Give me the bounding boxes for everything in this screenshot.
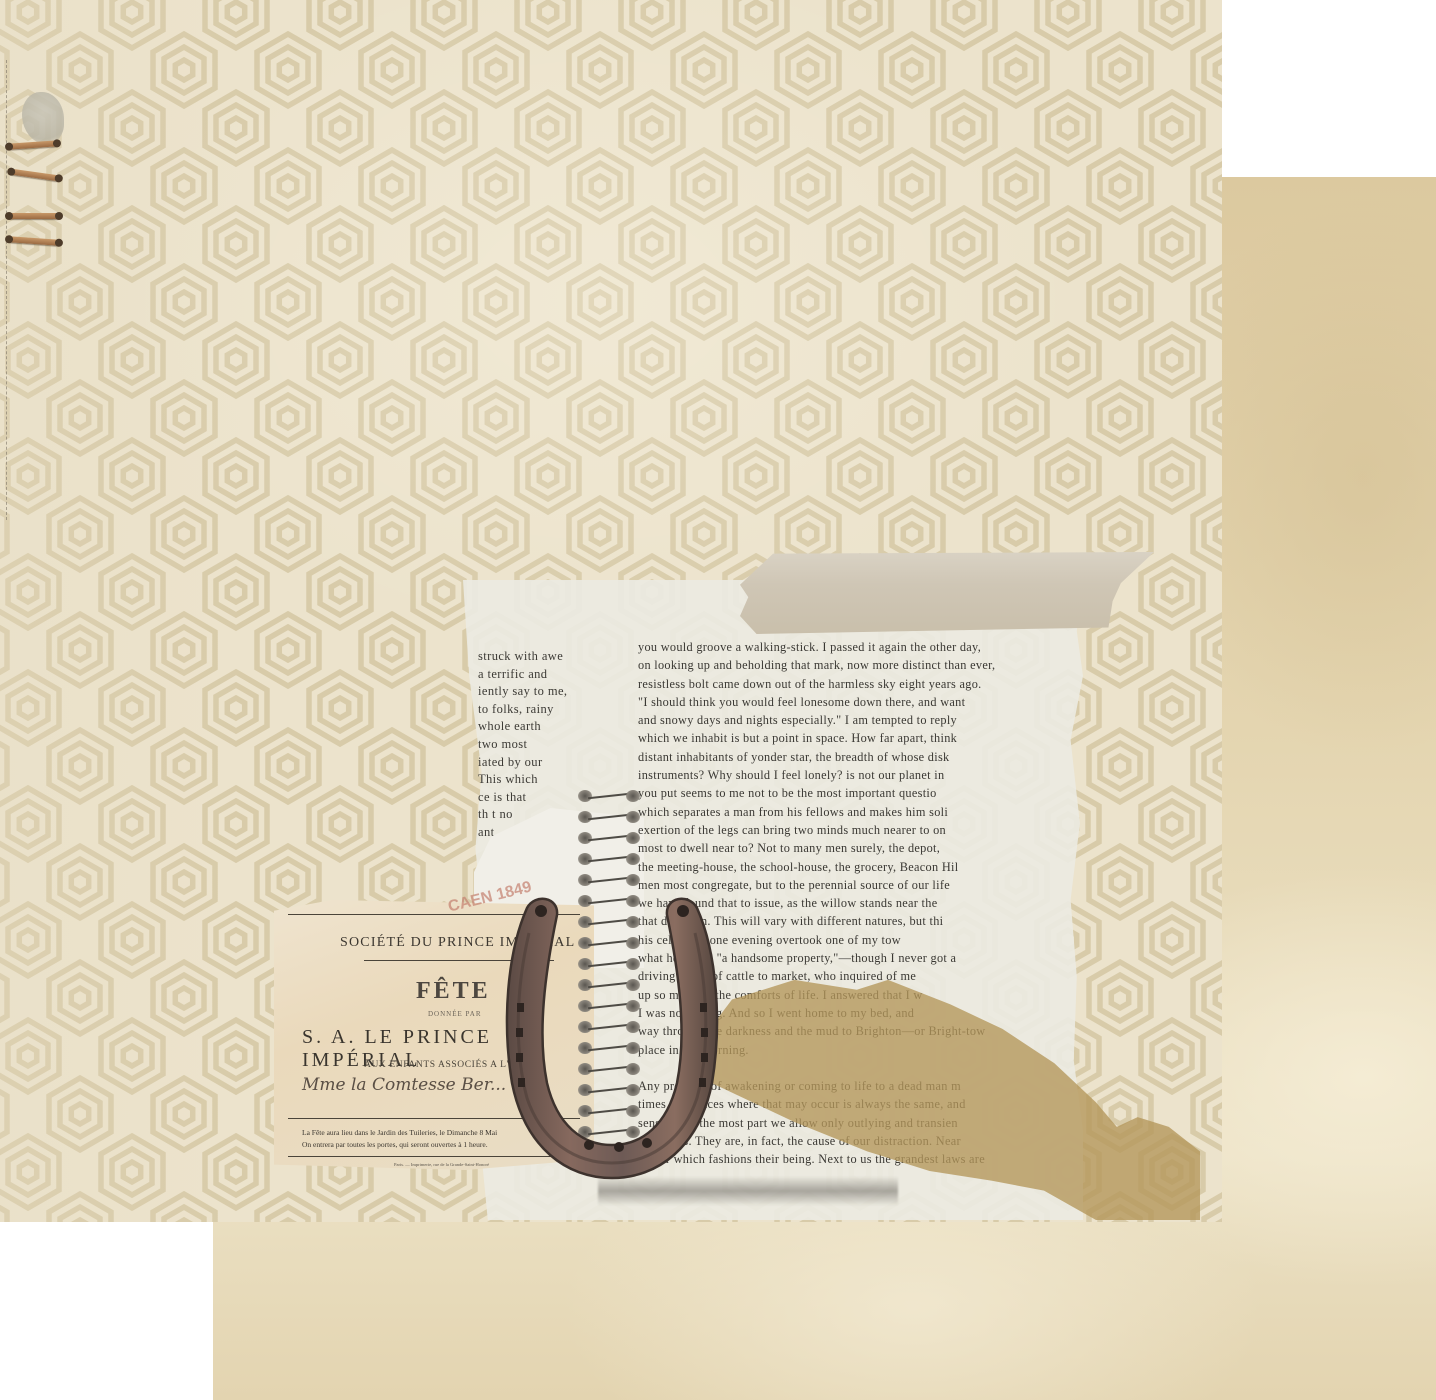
text-line: and snowy days and nights especially." I…	[638, 711, 1048, 729]
stitch-3	[8, 213, 60, 219]
ticket-imprint: Paris. — Imprimerie, rue de la Grande-Sa…	[394, 1162, 489, 1167]
ticket-note-line-1: La Fête aura lieu dans le Jardin des Tui…	[302, 1128, 497, 1137]
stitched-binding	[0, 0, 40, 1222]
text-line: men most congregate, but to the perennia…	[638, 876, 1048, 894]
water-stain	[22, 92, 64, 144]
text-line: a terrific and	[478, 666, 628, 684]
spiral-ring	[578, 874, 640, 886]
ink-smudge	[598, 1176, 898, 1206]
ticket-donnee-par: DONNÉE PAR	[428, 1010, 482, 1018]
text-line: exertion of the legs can bring two minds…	[638, 821, 1048, 839]
ticket-title: FÊTE	[416, 978, 491, 1005]
text-line: to folks, rainy	[478, 701, 628, 719]
text-line: most to dwell near to? Not to many men s…	[638, 839, 1048, 857]
spiral-ring	[578, 853, 640, 865]
text-line: iently say to me,	[478, 683, 628, 701]
text-line: instruments? Why should I feel lonely? i…	[638, 766, 1048, 784]
ticket-note-line-2: On entrera par toutes les portes, qui se…	[302, 1140, 488, 1149]
spiral-ring	[578, 790, 640, 802]
text-line: you would groove a walking-stick. I pass…	[638, 638, 1048, 656]
horseshoe-icon	[497, 893, 727, 1183]
binding-edge	[6, 60, 13, 520]
text-line: two most	[478, 736, 628, 754]
text-line: distant inhabitants of yonder star, the …	[638, 748, 1048, 766]
spiral-ring	[578, 811, 640, 823]
text-line: struck with awe	[478, 648, 628, 666]
text-line: which we inhabit is but a point in space…	[638, 729, 1048, 747]
text-line: the meeting-house, the school-house, the…	[638, 858, 1048, 876]
ticket-handwriting: Mme la Comtesse Ber...	[302, 1075, 506, 1095]
text-line: you put seems to me not to be the most i…	[638, 784, 1048, 802]
text-line: on looking up and beholding that mark, n…	[638, 656, 1048, 674]
text-line: resistless bolt came down out of the har…	[638, 675, 1048, 693]
masking-tape	[740, 552, 1154, 634]
text-line: whole earth	[478, 718, 628, 736]
spiral-ring	[578, 832, 640, 844]
text-line: which separates a man from his fellows a…	[638, 803, 1048, 821]
text-line: "I should think you would feel lonesome …	[638, 693, 1048, 711]
text-line: This which	[478, 771, 628, 789]
text-line: iated by our	[478, 754, 628, 772]
